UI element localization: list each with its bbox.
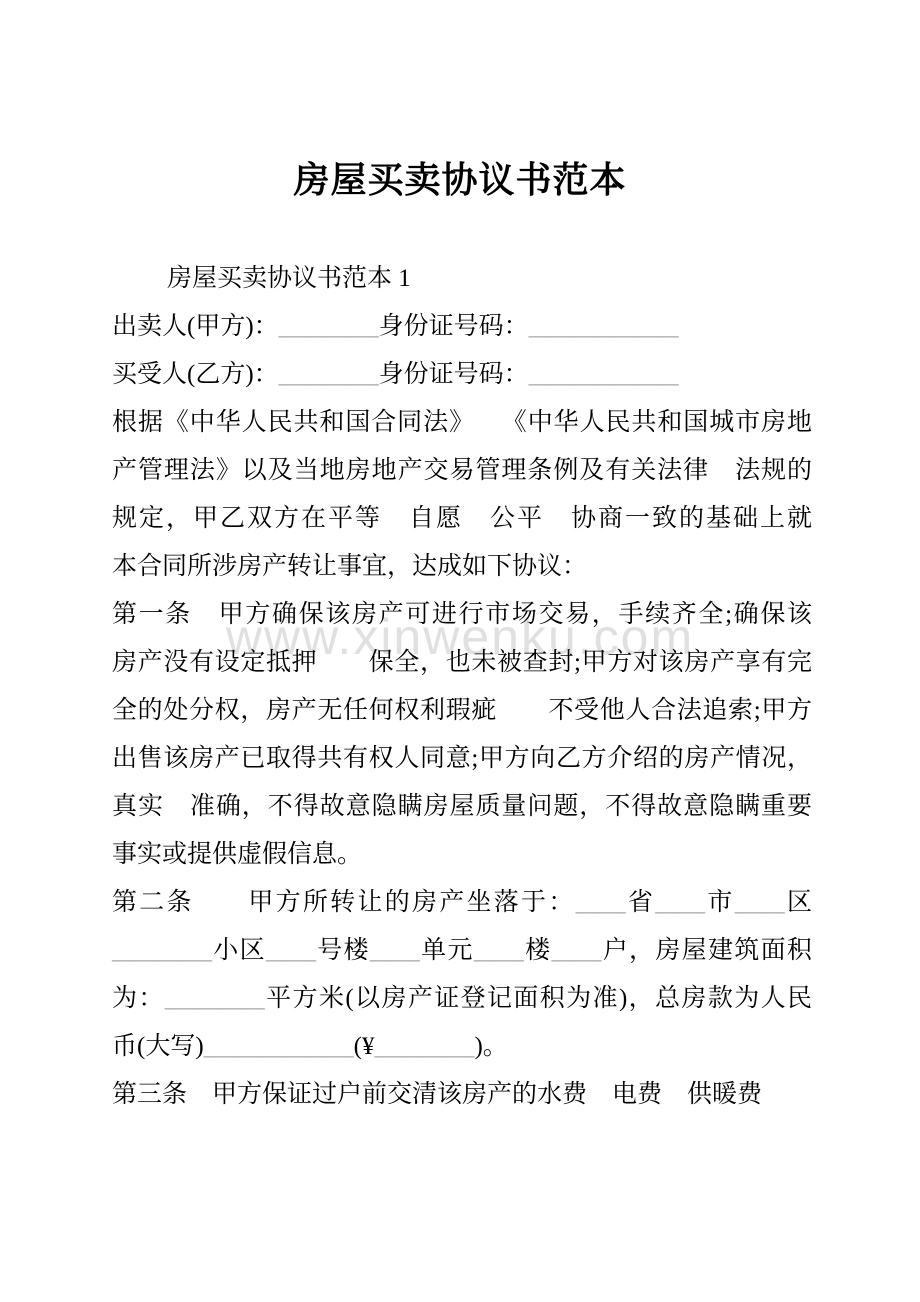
document-subtitle: 房屋买卖协议书范本 1 xyxy=(112,255,812,303)
blank-underline: ____ xyxy=(266,937,316,964)
blank-underline: ____________ xyxy=(204,1033,354,1060)
blank-underline: ____ xyxy=(735,889,785,916)
preamble-line-3: 规定，甲乙双方在平等 自愿 公平 协商一致的基础上就 xyxy=(112,495,812,543)
preamble-line-2: 产管理法》以及当地房地产交易管理条例及有关法律 法规的 xyxy=(112,447,812,495)
blank-underline: ________ xyxy=(279,313,379,340)
article-1-line-1: 第一条 甲方确保该房产可进行市场交易，手续齐全;确保该 xyxy=(112,591,812,639)
blank-underline: ____________ xyxy=(529,361,679,388)
blank-underline: ____ xyxy=(655,889,705,916)
preamble-line-1: 根据《中华人民共和国合同法》 《中华人民共和国城市房地 xyxy=(112,399,812,447)
article-1-line-3: 全的处分权，房产无任何权利瑕疵 不受他人合法追索;甲方 xyxy=(112,687,812,735)
document-page: www.xinwenku.com 房屋买卖协议书范本 房屋买卖协议书范本 1 出… xyxy=(0,0,920,1302)
blank-underline: ____________ xyxy=(529,313,679,340)
document-body: 房屋买卖协议书范本 房屋买卖协议书范本 1 出卖人(甲方)：________身份… xyxy=(0,0,920,1119)
article-2-line-4: 币(大写)____________(¥________)。 xyxy=(112,1023,812,1071)
blank-underline: ____ xyxy=(370,937,420,964)
buyer-line: 买受人(乙方)：________身份证号码：____________ xyxy=(112,351,812,399)
blank-underline: ________ xyxy=(374,1033,474,1060)
article-1-line-2: 房产没有设定抵押 保全，也未被查封;甲方对该房产享有完 xyxy=(112,639,812,687)
article-1-line-5: 真实 准确，不得故意隐瞒房屋质量问题，不得故意隐瞒重要 xyxy=(112,783,812,831)
blank-underline: ________ xyxy=(165,985,265,1012)
article-1-line-4: 出售该房产已取得共有权人同意;甲方向乙方介绍的房产情况， xyxy=(112,735,812,783)
article-1-line-6: 事实或提供虚假信息。 xyxy=(112,831,812,879)
article-2-line-1: 第二条 甲方所转让的房产坐落于：____省____市____区 xyxy=(112,879,812,927)
blank-underline: ________ xyxy=(279,361,379,388)
article-2-line-3: 为：________平方米(以房产证登记面积为准)，总房款为人民 xyxy=(112,975,812,1023)
blank-underline: ________ xyxy=(112,937,212,964)
seller-line: 出卖人(甲方)：________身份证号码：____________ xyxy=(112,303,812,351)
blank-underline: ____ xyxy=(474,937,524,964)
document-title: 房屋买卖协议书范本 xyxy=(0,0,920,202)
blank-underline: ____ xyxy=(576,889,626,916)
document-content: 房屋买卖协议书范本 1 出卖人(甲方)：________身份证号码：______… xyxy=(0,255,920,1119)
article-2-line-2: ________小区____号楼____单元____楼____户，房屋建筑面积 xyxy=(112,927,812,975)
article-3-line-1: 第三条 甲方保证过户前交清该房产的水费 电费 供暖费 xyxy=(112,1071,812,1119)
blank-underline: ____ xyxy=(551,937,601,964)
preamble-line-4: 本合同所涉房产转让事宜，达成如下协议： xyxy=(112,543,812,591)
